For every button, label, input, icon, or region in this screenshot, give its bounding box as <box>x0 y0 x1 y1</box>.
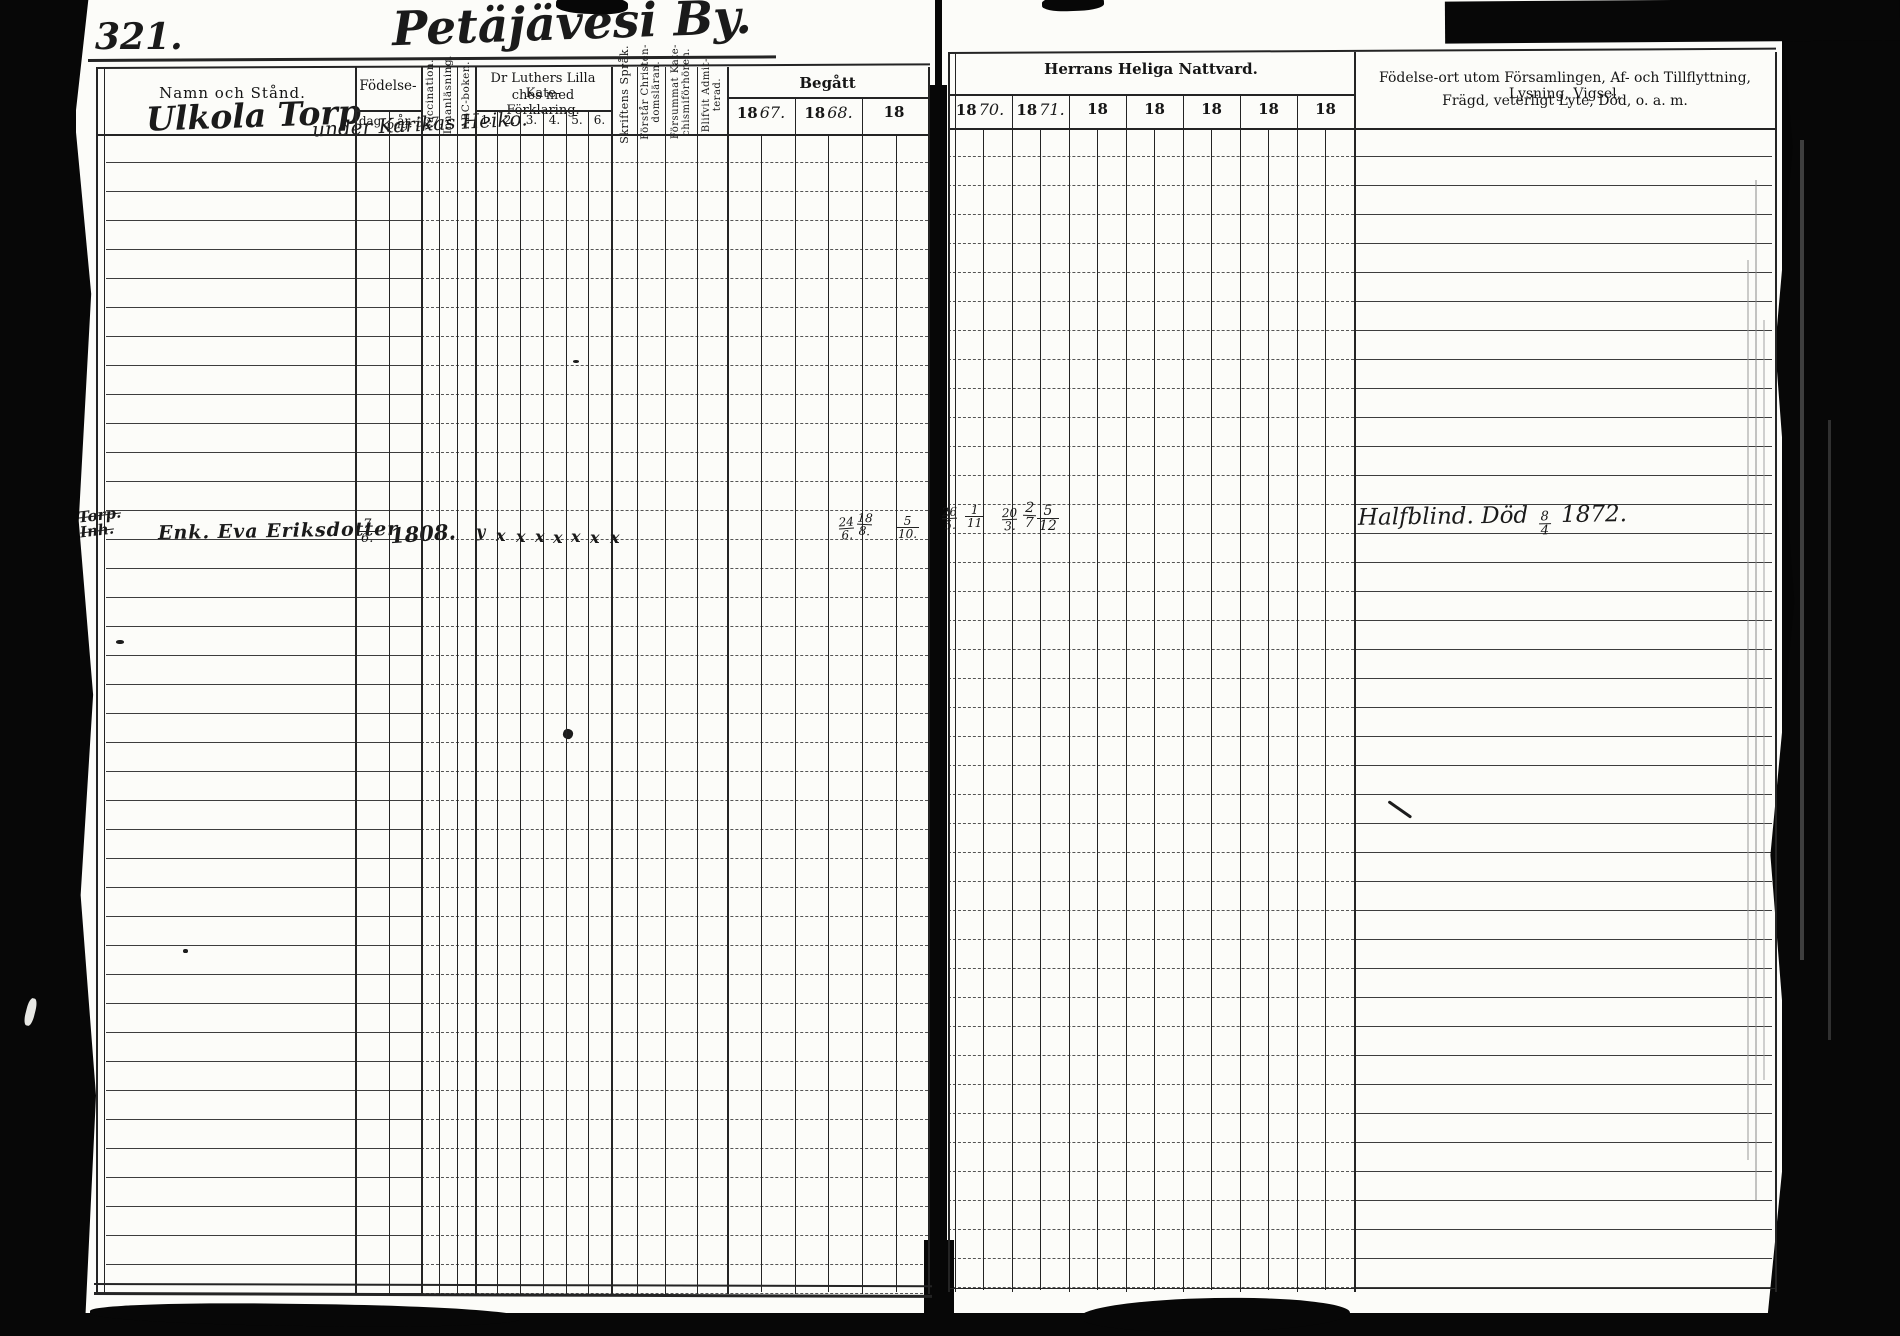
row-line <box>1354 708 1772 737</box>
row-line <box>948 1143 1354 1172</box>
date-denominator: 8. <box>856 524 872 538</box>
grid-line <box>1012 94 1013 1292</box>
row-line <box>106 743 421 772</box>
grid-line <box>948 94 1354 96</box>
row-line <box>948 215 1354 244</box>
row-line <box>1354 1172 1772 1201</box>
row-line <box>948 157 1354 186</box>
date-denominator: 12 <box>1037 518 1059 533</box>
row-line <box>948 795 1354 824</box>
catechism-col-1: 1. <box>475 113 498 127</box>
grid-line <box>955 52 956 1292</box>
row-line <box>1354 244 1772 273</box>
row-line <box>948 679 1354 708</box>
row-line <box>1354 1259 1772 1288</box>
grid-line <box>1354 52 1356 1292</box>
date-numerator: 2 <box>1025 501 1034 515</box>
grid-line <box>1183 94 1184 1292</box>
row-line <box>1354 215 1772 244</box>
catechism-mark: x <box>496 526 506 545</box>
row-line <box>948 1230 1354 1259</box>
catechism-mark: x <box>553 528 563 547</box>
communion-date-left: 246. <box>838 515 855 541</box>
date-denominator: 10. <box>896 527 919 540</box>
row-line <box>948 824 1354 853</box>
catechism-col-6: 6. <box>588 113 611 127</box>
catechism-mark: x <box>571 527 581 546</box>
row-line <box>1354 998 1772 1027</box>
grid-line <box>588 110 589 1294</box>
row-line <box>1354 795 1772 824</box>
column-header-birth: Födelse- <box>355 78 421 94</box>
row-line <box>106 221 421 250</box>
scan-border-left <box>0 0 96 1336</box>
row-line <box>948 331 1354 360</box>
row-line <box>106 1236 421 1265</box>
row-line <box>1354 418 1772 447</box>
row-line <box>948 1114 1354 1143</box>
catechism-col-5: 5. <box>566 113 588 127</box>
column-header-scripture: Skriftens Språk. <box>611 50 637 138</box>
row-line <box>948 1172 1354 1201</box>
row-line <box>1354 302 1772 331</box>
row-line <box>1354 940 1772 969</box>
grid-line <box>1325 128 1326 1290</box>
grid-line <box>355 67 357 1294</box>
row-line <box>106 1091 421 1120</box>
row-line <box>1354 157 1772 186</box>
row-line <box>1354 331 1772 360</box>
row-line <box>106 598 421 627</box>
grid-line <box>1126 94 1127 1292</box>
row-line <box>106 337 421 366</box>
grid-line <box>421 67 423 1294</box>
row-line <box>948 128 1354 157</box>
row-line <box>1354 360 1772 389</box>
row-line <box>106 308 421 337</box>
grid-line <box>928 67 930 1294</box>
row-line <box>948 1056 1354 1085</box>
grid-line <box>1069 94 1070 1292</box>
row-line <box>106 192 421 221</box>
row-line <box>948 1027 1354 1056</box>
grid-line <box>543 110 544 1294</box>
grid-line <box>862 97 863 1294</box>
entry-death-date: 8 4 <box>1538 510 1551 537</box>
row-line <box>1354 737 1772 766</box>
row-line <box>948 534 1354 563</box>
row-line <box>106 1033 421 1062</box>
grid-line <box>1154 128 1155 1290</box>
row-line <box>106 134 421 163</box>
column-header-communion-left: Begått <box>727 74 928 92</box>
communion-date-right: 27 <box>1022 501 1036 530</box>
entry-margin-scribble: Torp. Inh. <box>77 505 123 540</box>
row-line <box>1354 1143 1772 1172</box>
row-line <box>948 273 1354 302</box>
row-line <box>948 621 1354 650</box>
year-header-1867: 18 67. <box>727 103 795 122</box>
page-gutter <box>930 85 947 1336</box>
grid-line <box>439 67 440 1294</box>
row-line <box>106 1207 421 1236</box>
row-line <box>106 424 421 453</box>
row-line <box>106 1178 421 1207</box>
grid-line <box>637 67 638 1294</box>
year-header-r18-3: 18 <box>1183 100 1240 118</box>
row-line <box>106 801 421 830</box>
entry-birth-year: 1808. <box>389 519 456 549</box>
catechism-mark: y <box>476 522 485 541</box>
row-line <box>1354 1114 1772 1143</box>
row-line <box>1354 1056 1772 1085</box>
catechism-col-4: 4. <box>543 113 566 127</box>
date-numerator: 1 <box>971 504 979 516</box>
column-header-birth-year: år. <box>389 114 421 128</box>
row-line <box>948 650 1354 679</box>
row-line <box>1354 273 1772 302</box>
year-header-1870: 18 70. <box>948 100 1012 119</box>
date-numerator: 5 <box>904 515 912 527</box>
row-line <box>948 563 1354 592</box>
row-line <box>948 882 1354 911</box>
row-line <box>106 1265 421 1294</box>
row-lines-right-notes <box>1354 128 1772 1288</box>
row-line <box>1354 679 1772 708</box>
row-line <box>1354 1201 1772 1230</box>
row-line <box>948 592 1354 621</box>
year-header-r18-1: 18 <box>1069 100 1126 118</box>
row-line <box>1354 592 1772 621</box>
grid-line <box>1040 128 1041 1290</box>
grid-line <box>896 134 897 1292</box>
row-line <box>106 250 421 279</box>
grid-line <box>1297 94 1298 1292</box>
column-header-name: Namn och Stånd. <box>110 84 355 102</box>
row-line <box>948 1201 1354 1230</box>
column-header-birth-day: dag. <box>355 114 389 128</box>
row-line <box>948 186 1354 215</box>
year-header-1871: 18 71. <box>1012 100 1069 119</box>
catechism-mark: x <box>535 527 545 546</box>
grid-line <box>457 67 458 1294</box>
grid-line <box>795 97 796 1294</box>
row-line <box>106 830 421 859</box>
row-line <box>948 1085 1354 1114</box>
grid-line <box>727 97 928 99</box>
row-line <box>106 714 421 743</box>
grid-line <box>96 67 98 1294</box>
grid-line <box>983 128 984 1290</box>
grid-line <box>475 67 477 1294</box>
date-numerator: 5 <box>1043 504 1052 518</box>
catechism-col-3: 3. <box>520 113 543 127</box>
row-line <box>1354 882 1772 911</box>
row-line <box>106 1120 421 1149</box>
date-denominator: 5. <box>942 518 958 532</box>
row-line <box>106 656 421 685</box>
catechism-mark: x <box>610 528 620 547</box>
catechism-mark: x <box>590 528 600 547</box>
communion-date-right: 111 <box>965 504 984 529</box>
row-line <box>106 1149 421 1178</box>
page-number: 321. <box>95 16 183 58</box>
grid-line <box>475 110 611 112</box>
row-line <box>948 737 1354 766</box>
grid-line <box>1775 52 1777 1292</box>
row-line <box>106 569 421 598</box>
grid-line <box>761 134 762 1292</box>
scan-streak <box>1800 140 1804 960</box>
grid-line <box>104 67 105 1294</box>
row-line <box>106 917 421 946</box>
grid-line <box>948 52 950 1292</box>
row-line <box>1354 389 1772 418</box>
year-header-r18-5: 18 <box>1297 100 1354 118</box>
row-line <box>106 1062 421 1091</box>
row-line <box>1354 824 1772 853</box>
row-line <box>948 998 1354 1027</box>
row-line <box>106 685 421 714</box>
grid-line <box>96 134 928 136</box>
page-gutter <box>935 0 942 95</box>
row-line <box>1354 128 1772 157</box>
grid-line <box>520 110 521 1294</box>
row-line <box>948 244 1354 273</box>
row-line <box>106 772 421 801</box>
date-numerator: 26 <box>941 506 957 519</box>
row-line <box>1354 650 1772 679</box>
scan-border-top-right <box>1445 0 1900 44</box>
row-line <box>106 946 421 975</box>
catechism-col-2: 2. <box>498 113 521 127</box>
row-line <box>948 476 1354 505</box>
row-line <box>106 163 421 192</box>
grid-line <box>697 67 698 1294</box>
row-line <box>948 389 1354 418</box>
row-line <box>106 627 421 656</box>
row-line <box>948 766 1354 795</box>
row-lines-left-name <box>106 134 421 1294</box>
row-line <box>948 447 1354 476</box>
date-denominator: 11 <box>965 516 984 529</box>
grid-line <box>1097 128 1098 1290</box>
scan-scratch <box>1763 320 1765 1080</box>
row-line <box>948 969 1354 998</box>
row-line <box>1354 969 1772 998</box>
grid-line <box>389 110 390 1294</box>
year-header-1868: 18 68. <box>795 103 862 122</box>
row-line <box>106 366 421 395</box>
row-line <box>948 853 1354 882</box>
row-line <box>948 911 1354 940</box>
entry-note: Halfblind. Död 8 4 1872. <box>1358 501 1627 540</box>
row-line <box>1354 1085 1772 1114</box>
row-line <box>1354 766 1772 795</box>
grid-line <box>727 67 729 1294</box>
row-line <box>948 1259 1354 1288</box>
grid-line <box>566 110 567 1294</box>
grid-line <box>948 1288 1776 1289</box>
grid-line <box>1268 128 1269 1290</box>
grid-line <box>1240 94 1241 1292</box>
row-line <box>1354 447 1772 476</box>
scanned-parish-register: 321. Petäjävesi By. Ulkola Torp under Ka… <box>0 0 1900 1336</box>
column-header-communion-right: Herrans Heliga Nattvard. <box>948 60 1354 78</box>
communion-date-right: 512 <box>1037 504 1059 533</box>
grid-line <box>665 67 666 1294</box>
ink-mark <box>573 360 579 363</box>
row-line <box>948 360 1354 389</box>
row-line <box>948 302 1354 331</box>
notes-column-header-line2: Frägd, veterligt Lyte, Död, o. a. m. <box>1360 93 1770 109</box>
column-header-understands: Förstår Christen- domsläran. <box>637 46 665 138</box>
row-line <box>1354 563 1772 592</box>
row-line <box>948 708 1354 737</box>
row-line <box>948 940 1354 969</box>
communion-date-right: 265. <box>941 506 958 532</box>
row-line <box>106 888 421 917</box>
row-line <box>1354 853 1772 882</box>
date-numerator: 20 <box>1002 507 1018 520</box>
row-line <box>106 395 421 424</box>
date-denominator: 7 <box>1022 515 1035 530</box>
grid-line <box>1211 128 1212 1290</box>
row-line <box>1354 186 1772 215</box>
date-denominator: 3. <box>1002 519 1018 533</box>
communion-date-right: 203. <box>1002 507 1018 533</box>
date-denominator: 6. <box>839 527 855 541</box>
ink-mark <box>183 949 188 953</box>
grid-line <box>828 134 829 1292</box>
row-line <box>106 453 421 482</box>
communion-date-left: 188. <box>856 512 873 538</box>
row-line <box>1354 1027 1772 1056</box>
grid-line <box>948 128 1776 130</box>
row-line <box>106 482 421 511</box>
scan-scratch <box>1747 260 1749 1160</box>
grid-line <box>611 67 613 1294</box>
row-line <box>1354 476 1772 505</box>
year-header-18-blank: 18 <box>862 103 928 121</box>
row-line <box>106 859 421 888</box>
row-line <box>106 1004 421 1033</box>
row-line <box>106 279 421 308</box>
row-line <box>1354 911 1772 940</box>
row-line <box>106 975 421 1004</box>
row-line <box>1354 1230 1772 1259</box>
row-line <box>948 418 1354 447</box>
scan-streak <box>1828 420 1831 1040</box>
ink-mark <box>116 640 124 644</box>
year-header-r18-4: 18 <box>1240 100 1297 118</box>
catechism-mark: x <box>516 527 526 546</box>
row-lines-right-marks <box>948 128 1354 1288</box>
row-line <box>1354 621 1772 650</box>
grid-line <box>497 110 498 1294</box>
communion-date-left: 510. <box>896 515 919 540</box>
date-numerator: 18 <box>857 512 873 525</box>
entry-birth-day: 7 6. <box>359 518 375 545</box>
year-header-r18-2: 18 <box>1126 100 1183 118</box>
grid-line <box>355 110 421 112</box>
scan-scratch <box>1755 180 1757 1200</box>
